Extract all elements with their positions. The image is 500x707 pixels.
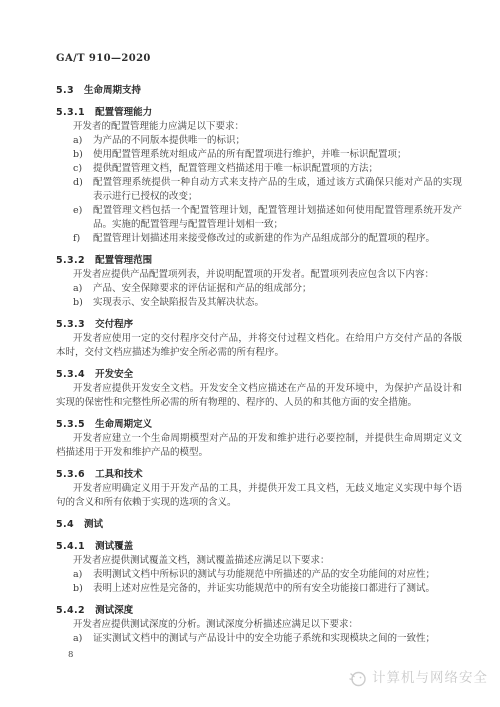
clause-list: a)表明测试文档中所标识的测试与功能规范中所描述的产品的安全功能间的对应性； b… <box>56 568 462 596</box>
clause-title: 生命周期定义 <box>95 419 152 430</box>
list-item: a)表明测试文档中所标识的测试与功能规范中所描述的产品的安全功能间的对应性； <box>56 568 462 582</box>
list-item: b)实现表示、安全缺陷报告及其解决状态。 <box>56 296 462 310</box>
watermark: 计算机与网络安全 <box>348 669 488 687</box>
paragraph: 开发者应提供开发安全文档。开发安全文档应描述在产品的开发环境中，为保护产品设计和… <box>56 382 462 410</box>
page-content: GA/T 910—2020 5.3生命周期支持 5.3.1配置管理能力 开发者的… <box>0 0 500 660</box>
clause-number: 5.3.1 <box>56 106 85 120</box>
clause-number: 5.3.4 <box>56 368 85 382</box>
clause-heading-5-3-3: 5.3.3交付程序 <box>56 318 462 332</box>
list-item-label: b) <box>73 296 93 310</box>
clause-heading-5-3-4: 5.3.4开发安全 <box>56 368 462 382</box>
list-item: a)为产品的不同版本提供唯一的标识； <box>56 134 462 148</box>
list-item-text: 为产品的不同版本提供唯一的标识； <box>93 134 462 148</box>
section-heading-5-4: 5.4测试 <box>56 518 462 532</box>
clause-heading-5-4-1: 5.4.1测试覆盖 <box>56 540 462 554</box>
list-item-label: a) <box>73 568 93 582</box>
list-item: a)产品、安全保障要求的评估证据和产品的组成部分； <box>56 282 462 296</box>
mascot-logo-icon <box>348 670 367 687</box>
list-item-text: 证实测试文档中的测试与产品设计中的安全功能子系统和实现模块之间的一致性； <box>93 632 462 646</box>
document-page: GA/T 910—2020 5.3生命周期支持 5.3.1配置管理能力 开发者的… <box>0 0 500 707</box>
list-item-text: 配置管理系统提供一种自动方式来支持产品的生成，通过该方式确保只能对产品的实现表示… <box>93 176 462 204</box>
section-title: 生命周期支持 <box>84 85 141 96</box>
section-number: 5.3 <box>56 84 74 98</box>
list-item: b)表明上述对应性是完备的，并证实功能规范中的所有安全功能接口都进行了测试。 <box>56 582 462 596</box>
clause-title: 测试深度 <box>95 605 133 616</box>
clause-heading-5-3-1: 5.3.1配置管理能力 <box>56 106 462 120</box>
paragraph: 开发者应明确定义用于开发产品的工具，并提供开发工具文档，无歧义地定义实现中每个语… <box>56 482 462 510</box>
doc-number: GA/T 910—2020 <box>56 52 462 66</box>
clause-list: a)证实测试文档中的测试与产品设计中的安全功能子系统和实现模块之间的一致性； <box>56 632 462 646</box>
list-item-label: a) <box>73 134 93 148</box>
clause-number: 5.4.1 <box>56 540 85 554</box>
page-number: 8 <box>68 650 462 660</box>
list-item: c)提供配置管理文档，配置管理文档描述用于唯一标识配置项的方法； <box>56 162 462 176</box>
clause-heading-5-3-2: 5.3.2配置管理范围 <box>56 254 462 268</box>
clause-title: 配置管理能力 <box>95 107 152 118</box>
list-item-text: 配置管理文档包括一个配置管理计划，配置管理计划描述如何使用配置管理系统开发产品。… <box>93 204 462 232</box>
list-item-label: c) <box>73 162 93 176</box>
clause-title: 工具和技术 <box>95 469 143 480</box>
list-item: f)配置管理计划描述用来接受修改过的或新建的作为产品组成部分的配置项的程序。 <box>56 232 462 246</box>
clause-heading-5-3-5: 5.3.5生命周期定义 <box>56 418 462 432</box>
clause-list: a)产品、安全保障要求的评估证据和产品的组成部分； b)实现表示、安全缺陷报告及… <box>56 282 462 310</box>
paragraph: 开发者应建立一个生命周期模型对产品的开发和维护进行必要控制，并提供生命周期定义文… <box>56 432 462 460</box>
clause-number: 5.3.2 <box>56 254 85 268</box>
paragraph: 开发者应提供测试深度的分析。测试深度分析描述应满足以下要求： <box>56 618 462 632</box>
clause-number: 5.3.5 <box>56 418 85 432</box>
clause-number: 5.4.2 <box>56 604 85 618</box>
paragraph: 开发者的配置管理能力应满足以下要求： <box>56 120 462 134</box>
list-item-label: b) <box>73 148 93 162</box>
list-item: b)使用配置管理系统对组成产品的所有配置项进行维护，并唯一标识配置项； <box>56 148 462 162</box>
section-number: 5.4 <box>56 518 74 532</box>
list-item: a)证实测试文档中的测试与产品设计中的安全功能子系统和实现模块之间的一致性； <box>56 632 462 646</box>
clause-list: a)为产品的不同版本提供唯一的标识； b)使用配置管理系统对组成产品的所有配置项… <box>56 134 462 246</box>
list-item-label: b) <box>73 582 93 596</box>
clause-title: 测试覆盖 <box>95 541 133 552</box>
section-title: 测试 <box>84 519 103 530</box>
paragraph: 开发者应提供测试覆盖文档，测试覆盖描述应满足以下要求： <box>56 554 462 568</box>
list-item-label: d) <box>73 176 93 204</box>
clause-heading-5-3-6: 5.3.6工具和技术 <box>56 468 462 482</box>
paragraph: 开发者应提供产品配置项列表，并说明配置项的开发者。配置项列表应包含以下内容： <box>56 268 462 282</box>
clause-number: 5.3.3 <box>56 318 85 332</box>
list-item-label: f) <box>73 232 93 246</box>
list-item-text: 产品、安全保障要求的评估证据和产品的组成部分； <box>93 282 462 296</box>
list-item: e)配置管理文档包括一个配置管理计划，配置管理计划描述如何使用配置管理系统开发产… <box>56 204 462 232</box>
clause-title: 开发安全 <box>95 369 133 380</box>
list-item-label: a) <box>73 632 93 646</box>
paragraph: 开发者应使用一定的交付程序交付产品，并将交付过程文档化。在给用户方交付产品的各版… <box>56 332 462 360</box>
clause-number: 5.3.6 <box>56 468 85 482</box>
list-item: d)配置管理系统提供一种自动方式来支持产品的生成，通过该方式确保只能对产品的实现… <box>56 176 462 204</box>
clause-title: 配置管理范围 <box>95 255 152 266</box>
list-item-text: 提供配置管理文档，配置管理文档描述用于唯一标识配置项的方法； <box>93 162 462 176</box>
list-item-text: 实现表示、安全缺陷报告及其解决状态。 <box>93 296 462 310</box>
list-item-text: 表明上述对应性是完备的，并证实功能规范中的所有安全功能接口都进行了测试。 <box>93 582 462 596</box>
list-item-text: 表明测试文档中所标识的测试与功能规范中所描述的产品的安全功能间的对应性； <box>93 568 462 582</box>
list-item-label: e) <box>73 204 93 232</box>
section-heading-5-3: 5.3生命周期支持 <box>56 84 462 98</box>
clause-title: 交付程序 <box>95 319 133 330</box>
clause-heading-5-4-2: 5.4.2测试深度 <box>56 604 462 618</box>
list-item-text: 使用配置管理系统对组成产品的所有配置项进行维护，并唯一标识配置项； <box>93 148 462 162</box>
list-item-text: 配置管理计划描述用来接受修改过的或新建的作为产品组成部分的配置项的程序。 <box>93 232 462 246</box>
list-item-label: a) <box>73 282 93 296</box>
watermark-text: 计算机与网络安全 <box>372 669 488 687</box>
